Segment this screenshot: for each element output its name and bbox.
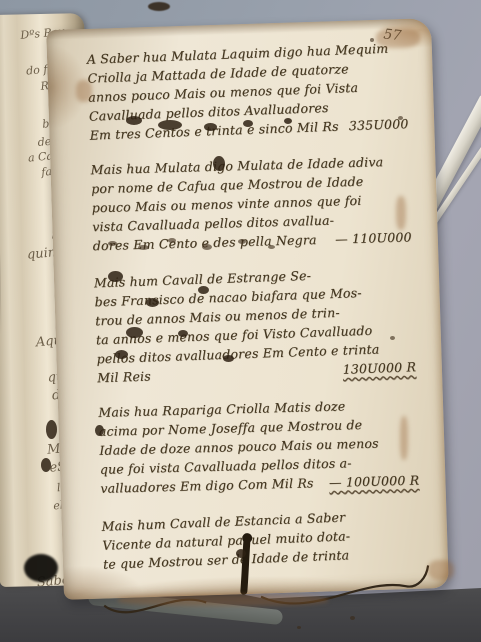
amount-reis: 130U000 R	[334, 357, 416, 379]
amount-reis: 335U000	[340, 114, 408, 135]
ink-blot	[148, 2, 170, 11]
manuscript-photo: Dºs Rey Em do fato R dy bem deles a Cabo…	[0, 0, 481, 642]
flourish-underline	[84, 523, 437, 634]
entry-paragraph: Mais hum Cavall de Estrange Se- bes Fran…	[94, 262, 417, 387]
entry-paragraph: Mais hua Mulata digo Mulata de Idade adi…	[90, 151, 412, 255]
amount-reis: — 110U000	[327, 227, 412, 248]
entry-paragraph: A Saber hua Mulata Laquim digo hua Mequi…	[87, 38, 409, 145]
spine-shadow	[0, 15, 2, 335]
line-text: Mil Reis	[97, 366, 151, 387]
amount-reis: — 100U000 R	[321, 471, 420, 493]
entry-paragraph: Mais hua Rapariga Criolla Matis doze aci…	[98, 395, 419, 498]
manuscript-page: 57 A Saber hua Mulata Laquim digo hua Me…	[46, 18, 449, 600]
